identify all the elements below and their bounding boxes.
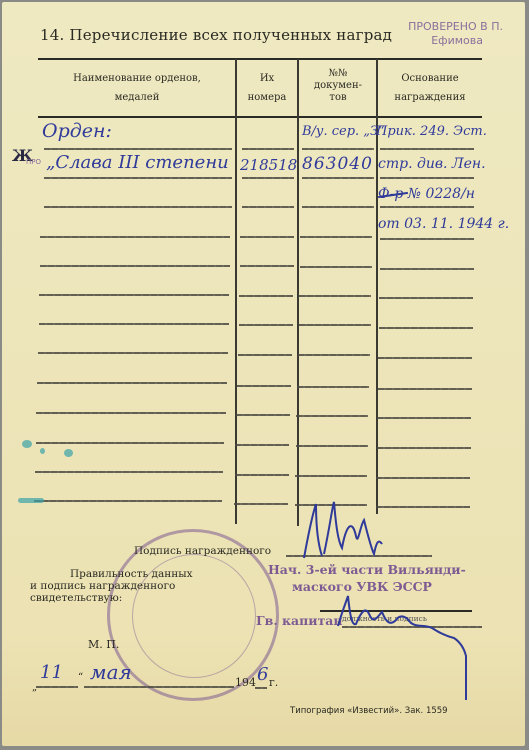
awardee-signature (294, 496, 404, 566)
row-line (298, 354, 370, 356)
row-line (380, 206, 474, 208)
row-line (296, 445, 368, 447)
row-line (377, 447, 471, 449)
row-line (39, 294, 229, 296)
table-header-rule (38, 116, 482, 118)
date-year-line (255, 687, 267, 689)
date-day: 11 (40, 662, 63, 683)
seal-place-label: М. П. (88, 638, 119, 651)
row-line (378, 357, 472, 359)
row-line (302, 177, 374, 179)
header-document-numbers-line2: докумен- (300, 80, 376, 92)
header-award-numbers: Их номера (238, 72, 296, 104)
row-line (238, 354, 292, 356)
header-document-numbers-line1: №№ (300, 68, 376, 80)
ink-stain (22, 440, 32, 448)
header-award-name: Наименование орденов, медалей (42, 72, 232, 104)
row-line (377, 417, 471, 419)
ink-stain (40, 448, 45, 454)
row-line (239, 324, 293, 326)
row-line (40, 236, 230, 238)
verified-stamp: ПРОВЕРЕНО В П. Ефимова (378, 20, 503, 48)
row-line (379, 327, 473, 329)
date-year-end: г. (269, 676, 278, 689)
row-line (39, 323, 229, 325)
date-year-suffix: 6 (257, 664, 268, 685)
row-line (242, 148, 294, 150)
row-line (34, 500, 222, 502)
date-close-quote: “ (78, 672, 83, 683)
official-stamp-line1: Нач. 3-ей части Вильянди- (268, 562, 466, 577)
row-line (35, 471, 223, 473)
header-award-numbers-line1: Их (238, 72, 296, 85)
row-line (297, 386, 369, 388)
row-line (299, 295, 371, 297)
award-certificate-page: 14. Перечисление всех полученных наград … (2, 2, 525, 746)
printer-imprint: Типография «Известий». Зак. 1559 (290, 706, 448, 716)
row-line (44, 206, 232, 208)
row-line (235, 474, 289, 476)
row-line (40, 265, 230, 267)
row-line (37, 382, 227, 384)
header-award-numbers-line2: номера (238, 91, 296, 104)
header-award-basis: Основание награждения (380, 72, 480, 104)
certify-label-line2: и подпись награжденного (30, 580, 175, 592)
awardee-signature-label: Подпись награжденного (134, 545, 271, 557)
document-number-entry: 863040 (302, 154, 373, 174)
certify-label-line1: Правильность данных (70, 568, 193, 580)
date-open-quote: „ (32, 682, 37, 693)
row-line (242, 206, 294, 208)
header-document-numbers: №№ докумен- тов (300, 68, 376, 104)
header-document-numbers-line3: тов (300, 92, 376, 104)
row-line (302, 148, 374, 150)
verified-stamp-line2: Ефимова (378, 34, 503, 48)
row-line (302, 206, 374, 208)
basis-entry-line4: от 03. 11. 1944 г. (378, 216, 509, 232)
award-number-entry: 218518 (240, 156, 297, 174)
row-line (36, 412, 226, 414)
row-line (296, 415, 368, 417)
ink-stain (18, 498, 44, 503)
row-line (235, 444, 289, 446)
award-name-entry: „Слава III степени (46, 152, 229, 173)
table-top-rule (38, 58, 482, 60)
header-award-basis-line1: Основание (380, 72, 480, 85)
row-line (44, 177, 232, 179)
row-line (300, 236, 372, 238)
date-month-line (84, 686, 234, 688)
certify-label-line3: свидетельствую: (30, 592, 122, 604)
document-series-entry: В/у. сер. „З“ (302, 124, 385, 139)
row-line (380, 148, 474, 150)
column-divider-1 (235, 59, 237, 524)
row-line (239, 295, 293, 297)
row-line (44, 148, 232, 150)
ink-stain (64, 449, 73, 457)
row-line (36, 442, 224, 444)
basis-entry-line2: стр. див. Лен. (378, 156, 486, 172)
header-award-name-line2: медалей (42, 91, 232, 104)
section-title: 14. Перечисление всех полученных наград (40, 26, 392, 44)
header-award-name-line1: Наименование орденов, (42, 72, 232, 85)
row-line (234, 503, 288, 505)
date-year-prefix: 194 (235, 676, 256, 689)
row-line (380, 238, 474, 240)
row-line (295, 475, 367, 477)
date-day-line (36, 686, 78, 688)
row-line (240, 265, 294, 267)
row-line (380, 268, 474, 270)
verified-stamp-line1: ПРОВЕРЕНО В П. (378, 20, 503, 34)
row-line (237, 385, 291, 387)
verified-stamp-fragment: ПРО (26, 158, 42, 166)
row-line (380, 177, 474, 179)
award-type-entry: Орден: (42, 120, 112, 142)
row-line (38, 352, 228, 354)
basis-entry-line1: Прик. 249. Эст. (376, 124, 487, 139)
row-line (378, 388, 472, 390)
row-line (379, 297, 473, 299)
row-line (240, 236, 294, 238)
header-award-basis-line2: награждения (380, 91, 480, 104)
officer-signature (328, 576, 478, 706)
column-divider-2 (297, 59, 299, 526)
row-line (376, 477, 470, 479)
date-month: мая (90, 660, 132, 684)
row-line (236, 414, 290, 416)
row-line (299, 324, 371, 326)
row-line (242, 177, 294, 179)
row-line (300, 266, 372, 268)
